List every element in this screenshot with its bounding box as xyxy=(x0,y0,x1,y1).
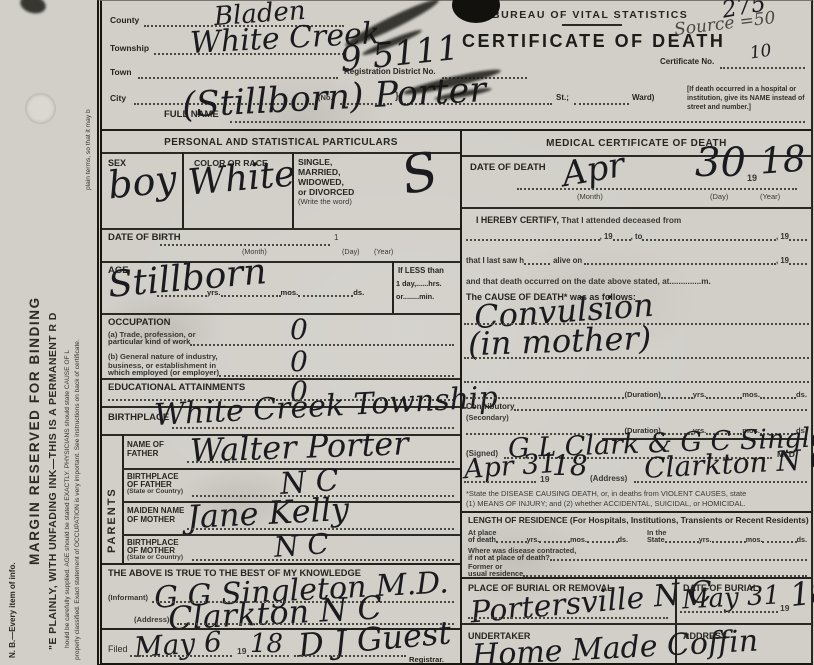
in-state-line: State yrs. mos. ds. xyxy=(647,536,807,543)
death-year-caption: (Year) xyxy=(760,192,780,201)
death-year-value: 18 xyxy=(759,143,807,179)
certify-statement: I HEREBY CERTIFY, That I attended deceas… xyxy=(476,215,681,225)
fill-line xyxy=(247,655,289,657)
less-than-label-1: If LESS than xyxy=(398,266,444,275)
yrs-label: yrs. xyxy=(693,391,707,399)
mother-birthplace-sublabel: (State or Country) xyxy=(127,554,183,561)
fill-line xyxy=(680,611,778,613)
marital-label-1: SINGLE, xyxy=(298,157,332,167)
fill-line xyxy=(613,236,631,241)
fill-line xyxy=(789,260,807,265)
cause-value-2: (in mother) xyxy=(468,324,652,359)
dob-footnote-mark: 1 xyxy=(334,233,338,242)
fill-line xyxy=(230,121,805,123)
fill-line xyxy=(642,236,776,241)
fill-line xyxy=(464,381,809,383)
fill-line xyxy=(574,103,629,105)
fill-line xyxy=(634,481,807,483)
burial-year-prefix: 19 xyxy=(780,603,789,613)
father-birthplace-sublabel: (State or Country) xyxy=(127,488,183,495)
attended-dates-line: , 19 , to , 19 xyxy=(466,233,807,241)
age-units-line: yrs. mos. ds. xyxy=(157,289,387,297)
fill-line xyxy=(466,236,600,241)
signed-year-prefix: 19 xyxy=(540,474,549,484)
occupation-b-label: which employed (or employer) xyxy=(108,369,219,377)
fill-line xyxy=(706,394,742,399)
signed-address-value: Clarkton N C xyxy=(643,446,814,481)
cell-divider xyxy=(182,152,184,228)
yrs-label: yrs. xyxy=(527,536,540,543)
margin-tiny-line3: plain terms, so that it may b xyxy=(85,109,92,190)
date-of-death-label: DATE OF DEATH xyxy=(470,162,546,173)
margin-permanent-text: "E PLAINLY, WITH UNFADING INK—THIS IS A … xyxy=(47,312,59,650)
binding-margin: N. B.—Every item of info. MARGIN RESERVE… xyxy=(0,0,97,665)
mos-label: mos. xyxy=(742,391,760,399)
cause-duration-line: (Duration) yrs. mos. ds. xyxy=(466,391,807,399)
cell-divider xyxy=(292,152,294,228)
fill-line xyxy=(514,406,807,411)
less-than-label-3: or........min. xyxy=(396,293,434,302)
contracted-line: if not at place of death? xyxy=(468,554,807,561)
hospital-note: [If death occurred in a hospital or inst… xyxy=(687,86,807,113)
fill-line xyxy=(187,461,454,463)
yrs-label: yrs. xyxy=(699,536,712,543)
race-value: White xyxy=(187,158,297,200)
fill-line xyxy=(190,341,454,346)
fill-line xyxy=(298,292,353,297)
certify-rest: That I attended deceased from xyxy=(561,215,681,225)
divider xyxy=(102,563,460,565)
fill-line xyxy=(550,556,807,561)
fill-line xyxy=(464,481,536,483)
burial-year-value: 18 xyxy=(789,577,814,610)
fill-line xyxy=(130,655,232,657)
dob-day-caption: (Day) xyxy=(342,247,360,256)
fill-line xyxy=(665,538,699,543)
fill-line xyxy=(219,372,454,377)
fill-line xyxy=(539,538,570,543)
death-day-value: 30 xyxy=(695,145,746,181)
alive-on-text: alive on xyxy=(553,257,582,265)
death-certificate-scan: N. B.—Every item of info. MARGIN RESERVE… xyxy=(0,0,814,665)
death-day-caption: (Day) xyxy=(710,192,728,201)
fill-line xyxy=(192,559,454,561)
ds-label: ds. xyxy=(797,536,807,543)
filed-label: Filed xyxy=(108,644,128,655)
undertaker-address-label: ADDRESS xyxy=(683,631,727,642)
certificate-no-label: Certificate No. xyxy=(660,57,714,66)
fill-line xyxy=(762,538,796,543)
ds-label: ds. xyxy=(618,536,628,543)
cell-divider xyxy=(122,434,124,563)
death-month-value: Apr xyxy=(560,150,627,191)
fill-line xyxy=(760,394,796,399)
divider xyxy=(462,577,811,579)
mother-name-label-2: OF MOTHER xyxy=(127,515,175,524)
fill-line xyxy=(294,655,406,657)
burial-date-value: May 31 xyxy=(681,584,780,612)
certificate-form: County Bladen Township White Creek Town … xyxy=(97,0,813,665)
informant-label: (Informant) xyxy=(108,593,148,602)
education-label: EDUCATIONAL ATTAINMENTS xyxy=(108,382,245,393)
ward-label: Ward) xyxy=(632,93,654,102)
marital-label-4: or DIVORCED xyxy=(298,187,354,197)
county-label: County xyxy=(110,15,139,25)
marital-sublabel: (Write the word) xyxy=(298,197,352,206)
marital-label-3: WIDOWED, xyxy=(298,177,344,187)
footnote-line2: (1) MEANS OF INJURY; and (2) whether ACC… xyxy=(466,499,746,508)
fill-line xyxy=(789,236,807,241)
footnote-line1: *State the DISEASE CAUSING DEATH, or, in… xyxy=(466,489,746,498)
fill-line xyxy=(157,292,207,297)
mother-birthplace-value: N C xyxy=(273,531,329,560)
divider xyxy=(462,207,811,209)
occupation-b-line3: which employed (or employer) xyxy=(108,369,454,377)
fill-line xyxy=(517,188,797,190)
filed-year-value: 18 xyxy=(250,633,283,656)
fill-line xyxy=(160,244,330,246)
marital-value: S xyxy=(398,148,443,201)
mos-label: mos. xyxy=(570,536,587,543)
sex-value: boy xyxy=(106,162,178,203)
residence-title: LENGTH OF RESIDENCE (For Hospitals, Inst… xyxy=(468,516,809,526)
township-label: Township xyxy=(110,43,149,53)
margin-tiny-line1: hould be carefully supplied. AGE should … xyxy=(64,350,71,648)
father-name-label-2: FATHER xyxy=(127,449,158,458)
year19-text: , 19 xyxy=(776,257,789,265)
divider xyxy=(562,24,622,26)
ds-label: ds. xyxy=(353,289,364,297)
divider xyxy=(462,511,811,513)
fill-line xyxy=(712,538,746,543)
signed-year-value: 18 xyxy=(552,453,588,478)
secondary-label: (Secondary) xyxy=(466,413,509,422)
occupation-a-value: 0 xyxy=(290,317,308,342)
occupation-b-line1: (b) General nature of industry, xyxy=(108,352,218,361)
contributory-line: Contributory xyxy=(466,403,807,411)
bureau-title: BUREAU OF VITAL STATISTICS xyxy=(492,9,688,21)
signed-address-label: (Address) xyxy=(590,474,627,483)
occupation-a-line2: particular kind of work xyxy=(108,338,454,346)
contributory-label: Contributory xyxy=(466,403,514,411)
contracted-label-2: if not at place of death? xyxy=(468,554,550,561)
year19-text: , 19 xyxy=(600,233,613,241)
death-occurred-text: and that death occurred on the date abov… xyxy=(466,277,711,286)
city-label: City xyxy=(110,93,126,103)
margin-note-nb: N. B.—Every item of info. xyxy=(8,562,17,658)
fill-line xyxy=(464,357,809,359)
filed-year-prefix: 19 xyxy=(237,646,246,656)
less-than-label-2: 1 day,......hrs. xyxy=(396,280,442,289)
fill-line xyxy=(524,260,550,265)
divider xyxy=(102,378,460,380)
last-saw-text: that I last saw h xyxy=(466,257,524,265)
fill-line xyxy=(584,260,776,265)
fill-line xyxy=(720,67,805,69)
personal-section: PERSONAL AND STATISTICAL PARTICULARS SEX… xyxy=(102,129,462,665)
certificate-no-value: 10 xyxy=(749,44,773,62)
at-place-label-2: of death xyxy=(468,536,496,543)
ink-smudge xyxy=(18,0,48,16)
registrar-label: Registrar. xyxy=(409,656,444,665)
occupation-b-value: 0 xyxy=(290,349,308,374)
fill-line xyxy=(661,394,693,399)
occupation-label: OCCUPATION xyxy=(108,317,170,328)
death-month-caption: (Month) xyxy=(577,192,603,201)
dob-label: DATE OF BIRTH xyxy=(108,232,181,243)
last-saw-line: that I last saw h alive on , 19 xyxy=(466,257,807,265)
yrs-label: yrs. xyxy=(207,289,221,297)
street-label: St.; xyxy=(556,93,569,102)
duration-label: (Duration) xyxy=(624,391,660,399)
in-state-label-2: State xyxy=(647,536,665,543)
ds-label: ds. xyxy=(796,391,807,399)
fill-line xyxy=(466,394,624,399)
cell-divider xyxy=(392,261,394,313)
medical-section: MEDICAL CERTIFICATE OF DEATH DATE OF DEA… xyxy=(462,129,811,665)
town-label: Town xyxy=(110,67,132,77)
death-year-prefix: 19 xyxy=(747,173,757,183)
mos-label: mos. xyxy=(746,536,763,543)
occupation-a-label: particular kind of work xyxy=(108,338,190,346)
mos-label: mos. xyxy=(281,289,299,297)
certify-bold: I HEREBY CERTIFY, xyxy=(476,215,559,225)
parents-label: PARENTS xyxy=(106,487,118,553)
fill-line xyxy=(221,292,281,297)
dob-year-caption: (Year) xyxy=(374,247,393,256)
divider xyxy=(102,228,460,230)
margin-tiny-line2: properly classified. Exact statement of … xyxy=(74,339,81,660)
fill-line xyxy=(468,617,668,619)
divider xyxy=(462,623,811,625)
to-text: , to xyxy=(631,233,643,241)
fill-line xyxy=(496,538,527,543)
fill-line xyxy=(587,538,618,543)
informant-address-label: (Address) xyxy=(134,615,169,624)
header-section: County Bladen Township White Creek Town … xyxy=(102,1,811,129)
hole-punch xyxy=(25,93,56,124)
margin-binding-text: MARGIN RESERVED FOR BINDING xyxy=(27,296,42,565)
at-place-line: of death yrs. mos. ds. xyxy=(468,536,628,543)
year19-text: , 19 xyxy=(776,233,789,241)
marital-label-2: MARRIED, xyxy=(298,167,341,177)
divider xyxy=(102,313,460,315)
